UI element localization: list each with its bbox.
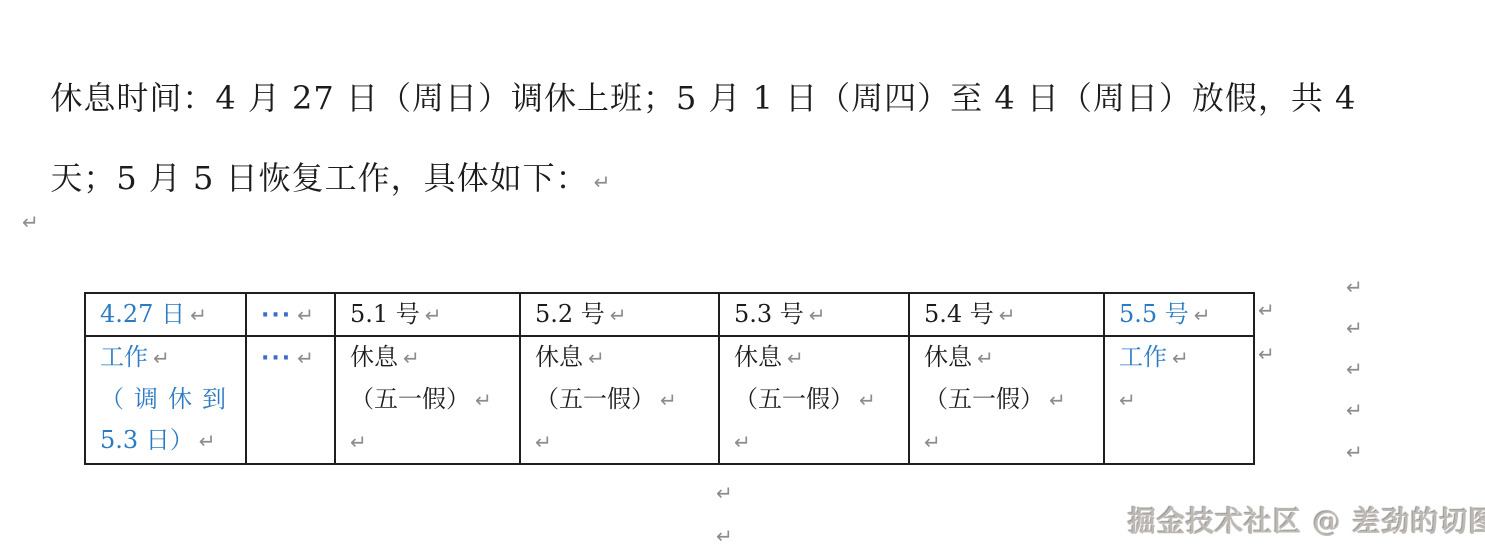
header-text: 5.1 号 [350, 300, 420, 328]
paragraph-line-2-text: 天；5 月 5 日恢复工作，具体如下： [50, 159, 588, 197]
body-cell-5-2: 休息↵ （五一假）↵ ↵ [520, 336, 719, 464]
header-cell-5-4: 5.4 号↵ [909, 293, 1104, 336]
word-document-page: { "paragraph": { "line1": "休息时间：4 月 27 日… [0, 0, 1485, 558]
cell-text: （调休到 [100, 385, 236, 413]
paragraph-mark-icon: ↵ [716, 526, 733, 546]
paragraph-mark-icon: ↵ [716, 483, 733, 503]
header-text: 5.5 号 [1119, 300, 1189, 328]
paragraph-mark-icon: ↵ [350, 430, 367, 454]
paragraph-mark-icon: ↵ [787, 346, 804, 370]
table-header-row: 4.27 日↵ ···↵ 5.1 号↵ 5.2 号↵ 5.3 号↵ 5.4 号↵… [85, 293, 1254, 336]
header-cell-5-2: 5.2 号↵ [520, 293, 719, 336]
watermark-text: 掘金技术社区 @ 差劲的切图仔 [1128, 500, 1485, 540]
ellipsis-dots: ··· [261, 346, 292, 371]
body-cell-5-4: 休息↵ （五一假）↵ ↵ [909, 336, 1104, 464]
paragraph-mark-icon: ↵ [1172, 346, 1189, 370]
header-text: 5.2 号 [535, 300, 605, 328]
header-text: 5.3 号 [734, 300, 804, 328]
cell-text: （五一假） [350, 385, 470, 413]
cell-text: 5.3 日） [100, 426, 194, 454]
header-cell-5-5: 5.5 号↵ [1104, 293, 1254, 336]
table-body-row: 工作↵ （调休到 5.3 日）↵ ···↵ 休息↵ （五一假）↵ ↵ 休息↵ （… [85, 336, 1254, 464]
paragraph-line-2: 天；5 月 5 日恢复工作，具体如下：↵ [28, 112, 611, 204]
ellipsis-dots: ··· [261, 303, 292, 328]
holiday-schedule-table: 4.27 日↵ ···↵ 5.1 号↵ 5.2 号↵ 5.3 号↵ 5.4 号↵… [84, 292, 1255, 465]
body-cell-5-5: 工作↵ ↵ [1104, 336, 1254, 464]
body-cell-ellipsis: ···↵ [246, 336, 335, 464]
paragraph-mark-icon: ↵ [1258, 344, 1275, 364]
body-cell-4-27: 工作↵ （调休到 5.3 日）↵ [85, 336, 246, 464]
header-cell-5-3: 5.3 号↵ [719, 293, 909, 336]
header-cell-4-27: 4.27 日↵ [85, 293, 246, 336]
cell-text: （五一假） [734, 385, 854, 413]
paragraph-mark-icon: ↵ [924, 430, 941, 454]
body-cell-5-3: 休息↵ （五一假）↵ ↵ [719, 336, 909, 464]
paragraph-line-1: 休息时间：4 月 27 日（周日）调休上班；5 月 1 日（周四）至 4 日（周… [28, 32, 1356, 120]
paragraph-mark-icon: ↵ [1049, 388, 1066, 412]
paragraph-mark-icon: ↵ [1346, 442, 1363, 462]
paragraph-mark-icon: ↵ [1258, 300, 1275, 320]
header-text: 4.27 日 [100, 300, 185, 328]
paragraph-mark-icon: ↵ [1346, 400, 1363, 420]
paragraph-mark-icon: ↵ [610, 303, 627, 327]
paragraph-mark-icon: ↵ [1346, 277, 1363, 297]
header-cell-ellipsis: ···↵ [246, 293, 335, 336]
paragraph-mark-icon: ↵ [475, 388, 492, 412]
paragraph-mark-icon: ↵ [594, 170, 612, 194]
header-cell-5-1: 5.1 号↵ [335, 293, 520, 336]
paragraph-mark-icon: ↵ [22, 212, 39, 232]
paragraph-mark-icon: ↵ [1346, 318, 1363, 338]
paragraph-mark-icon: ↵ [859, 388, 876, 412]
paragraph-mark-icon: ↵ [297, 346, 314, 370]
cell-text: （五一假） [535, 385, 655, 413]
paragraph-mark-icon: ↵ [153, 346, 170, 370]
paragraph-mark-icon: ↵ [1346, 359, 1363, 379]
cell-text: 休息 [924, 343, 972, 371]
cell-text: 工作 [100, 343, 148, 371]
cell-text: 休息 [535, 343, 583, 371]
paragraph-mark-icon: ↵ [425, 303, 442, 327]
paragraph-mark-icon: ↵ [588, 346, 605, 370]
cell-text: 休息 [350, 343, 398, 371]
paragraph-mark-icon: ↵ [190, 303, 207, 327]
header-text: 5.4 号 [924, 300, 994, 328]
body-cell-5-1: 休息↵ （五一假）↵ ↵ [335, 336, 520, 464]
cell-text: 休息 [734, 343, 782, 371]
paragraph-mark-icon: ↵ [734, 430, 751, 454]
paragraph-mark-icon: ↵ [535, 430, 552, 454]
paragraph-mark-icon: ↵ [1194, 303, 1211, 327]
paragraph-mark-icon: ↵ [199, 429, 216, 453]
paragraph-mark-icon: ↵ [809, 303, 826, 327]
paragraph-mark-icon: ↵ [1119, 388, 1136, 412]
paragraph-mark-icon: ↵ [999, 303, 1016, 327]
paragraph-mark-icon: ↵ [403, 346, 420, 370]
paragraph-mark-icon: ↵ [297, 303, 314, 327]
paragraph-mark-icon: ↵ [977, 346, 994, 370]
paragraph-mark-icon: ↵ [660, 388, 677, 412]
cell-text: 工作 [1119, 343, 1167, 371]
cell-text: （五一假） [924, 385, 1044, 413]
